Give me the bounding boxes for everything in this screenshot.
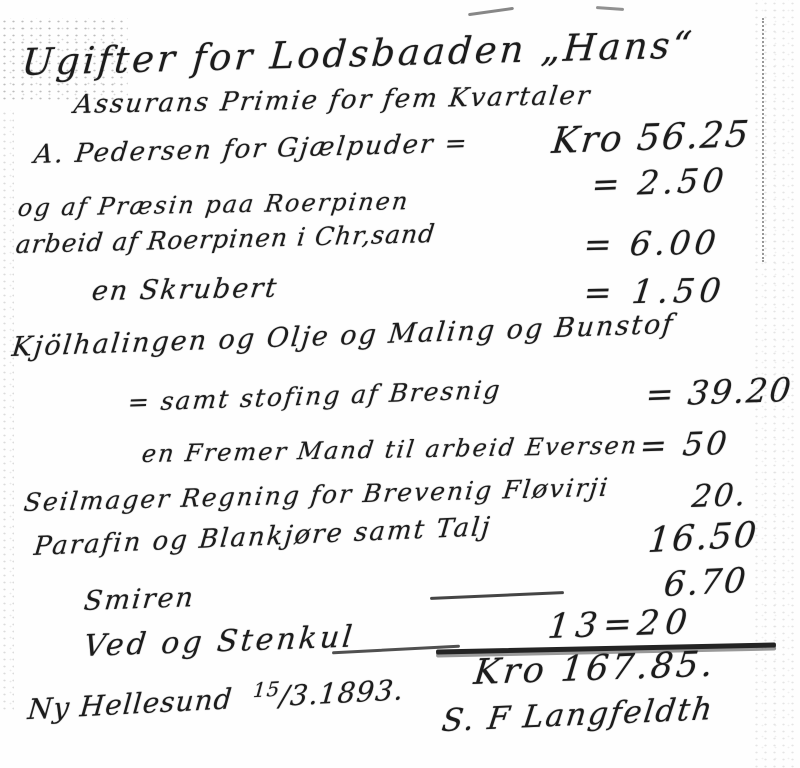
scan-artifact-dotted-line xyxy=(762,18,764,262)
entry-amount: = 39.20 xyxy=(644,373,794,411)
entry-label: en Fremer Mand til arbeid Eversen xyxy=(141,433,640,466)
entry-amount: = 1.50 xyxy=(582,273,728,309)
entry-amount: Kro 56.25 xyxy=(550,117,752,160)
date-rest: /3.1893. xyxy=(278,673,405,713)
entry-label: Ved og Stenkul xyxy=(82,622,356,662)
entry-label: en Skrubert xyxy=(90,275,279,305)
entry-label: Seilmager Regning for Brevenig Fløvirji xyxy=(23,475,611,515)
entry-label: arbeid af Roerpinen i Chr,sand xyxy=(15,221,437,257)
entry-amount: = 50 xyxy=(638,427,731,462)
place-date: Ny Hellesund 15/3.1893. xyxy=(27,672,406,724)
entry-label: Kjölhalingen og Olje og Maling og Bunsto… xyxy=(11,311,676,361)
scan-noise-left-edge xyxy=(0,110,14,710)
entry-amount: 20. xyxy=(690,480,749,513)
entry-label: og af Præsin paa Roerpinen xyxy=(17,189,411,220)
entry-amount: = 6.00 xyxy=(582,226,722,261)
entry-amount: = 2.50 xyxy=(590,163,729,201)
stray-pen-mark xyxy=(596,6,624,11)
scanned-document: Ugifter for Lodsbaaden „Hans“ Assurans P… xyxy=(0,0,800,768)
entry-amount: 6.70 xyxy=(663,564,750,603)
place-name: Ny Hellesund xyxy=(26,682,234,726)
entry-label: = samt stofing af Bresnig xyxy=(127,377,503,415)
signature: S. F Langfeldth xyxy=(440,694,716,737)
entry-label: Smiren xyxy=(83,584,197,615)
subtitle-line: Assurans Primie for fem Kvartaler xyxy=(72,83,592,118)
entry-amount: 16.50 xyxy=(646,518,759,559)
pen-dash xyxy=(430,591,564,600)
total-amount: Kro 167.85. xyxy=(472,647,717,691)
page-title: Ugifter for Lodsbaaden „Hans“ xyxy=(21,26,696,81)
entry-amount: 13=20 xyxy=(546,605,695,644)
entry-label: Parafin og Blankjøre samt Talj xyxy=(33,514,493,560)
entry-label: A. Pedersen for Gjælpuder = xyxy=(33,131,470,168)
date-day: 15 xyxy=(252,677,282,703)
stray-pen-mark xyxy=(468,7,514,16)
